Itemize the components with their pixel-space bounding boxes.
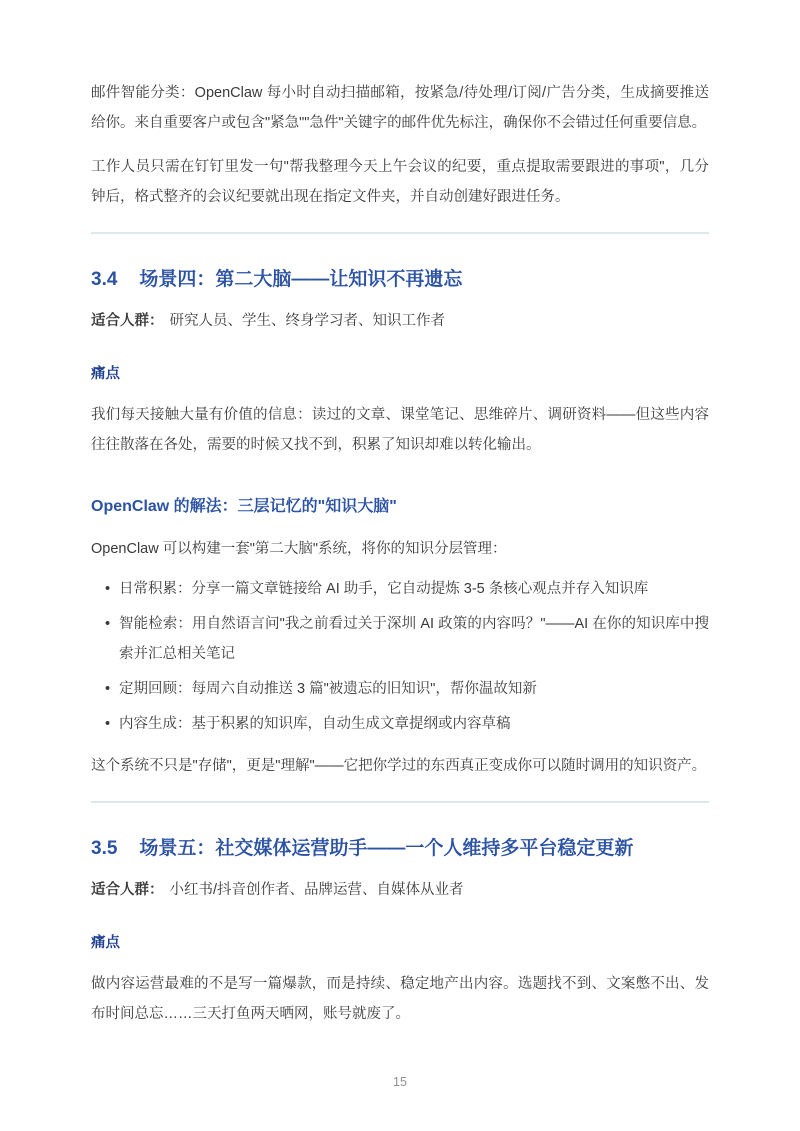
bullet-dot-icon: • [105,609,110,639]
paragraph-email-classify: 邮件智能分类：OpenClaw 每小时自动扫描邮箱，按紧急/待处理/订阅/广告分… [91,78,709,138]
section-3-4-number: 3.4 [91,269,117,290]
bullet-dot-icon: • [105,674,110,704]
knowledge-brain-bullet-list: •日常积累：分享一篇文章链接给 AI 助手，它自动提炼 3-5 条核心观点并存入… [91,574,709,739]
bullet-dot-icon: • [105,574,110,604]
audience-label: 适合人群： [91,882,164,898]
section-divider [91,801,709,803]
section-divider [91,232,709,234]
section-3-5-pain-heading: 痛点 [91,933,709,953]
section-3-5-title: 场景五：社交媒体运营助手——一个人维持多平台稳定更新 [139,838,633,859]
section-3-4-audience: 适合人群：研究人员、学生、终身学习者、知识工作者 [91,310,709,332]
bullet-text: 智能检索：用自然语言问"我之前看过关于深圳 AI 政策的内容吗？"——AI 在你… [119,616,709,662]
paragraph-meeting-notes: 工作人员只需在钉钉里发一句"帮我整理今天上午会议的纪要，重点提取需要跟进的事项"… [91,152,709,212]
section-3-4-solution-intro: OpenClaw 可以构建一套"第二大脑"系统，将你的知识分层管理： [91,534,709,564]
page-content: 邮件智能分类：OpenClaw 每小时自动扫描邮箱，按紧急/待处理/订阅/广告分… [91,78,709,1029]
bullet-text: 日常积累：分享一篇文章链接给 AI 助手，它自动提炼 3-5 条核心观点并存入知… [119,581,648,597]
bullet-dot-icon: • [105,709,110,739]
section-3-4-solution-heading: OpenClaw 的解法：三层记忆的"知识大脑" [91,496,709,518]
bullet-content-generation: •内容生成：基于积累的知识库，自动生成文章提纲或内容草稿 [105,709,709,739]
section-3-4-title: 场景四：第二大脑——让知识不再遗忘 [139,269,462,290]
section-3-4-closing: 这个系统不只是"存储"，更是"理解"——它把你学过的东西真正变成你可以随时调用的… [91,751,709,781]
audience-value: 研究人员、学生、终身学习者、知识工作者 [170,313,446,329]
section-3-4-pain-text: 我们每天接触大量有价值的信息：读过的文章、课堂笔记、思维碎片、调研资料——但这些… [91,400,709,460]
section-3-4-heading: 3.4场景四：第二大脑——让知识不再遗忘 [91,267,709,293]
section-3-4-pain-heading: 痛点 [91,364,709,384]
bullet-text: 内容生成：基于积累的知识库，自动生成文章提纲或内容草稿 [119,716,511,732]
bullet-text: 定期回顾：每周六自动推送 3 篇"被遗忘的旧知识"，帮你温故知新 [119,681,537,697]
section-3-5-heading: 3.5场景五：社交媒体运营助手——一个人维持多平台稳定更新 [91,836,709,862]
audience-label: 适合人群： [91,313,164,329]
section-3-5-pain-text: 做内容运营最难的不是写一篇爆款，而是持续、稳定地产出内容。选题找不到、文案憋不出… [91,969,709,1029]
section-3-5-audience: 适合人群：小红书/抖音创作者、品牌运营、自媒体从业者 [91,879,709,901]
page-number: 15 [0,1075,800,1089]
bullet-periodic-review: •定期回顾：每周六自动推送 3 篇"被遗忘的旧知识"，帮你温故知新 [105,674,709,704]
document-page: 邮件智能分类：OpenClaw 每小时自动扫描邮箱，按紧急/待处理/订阅/广告分… [0,0,800,1131]
bullet-daily-accumulation: •日常积累：分享一篇文章链接给 AI 助手，它自动提炼 3-5 条核心观点并存入… [105,574,709,604]
section-3-5-number: 3.5 [91,838,117,859]
bullet-smart-retrieval: •智能检索：用自然语言问"我之前看过关于深圳 AI 政策的内容吗？"——AI 在… [105,609,709,669]
audience-value: 小红书/抖音创作者、品牌运营、自媒体从业者 [170,882,464,898]
